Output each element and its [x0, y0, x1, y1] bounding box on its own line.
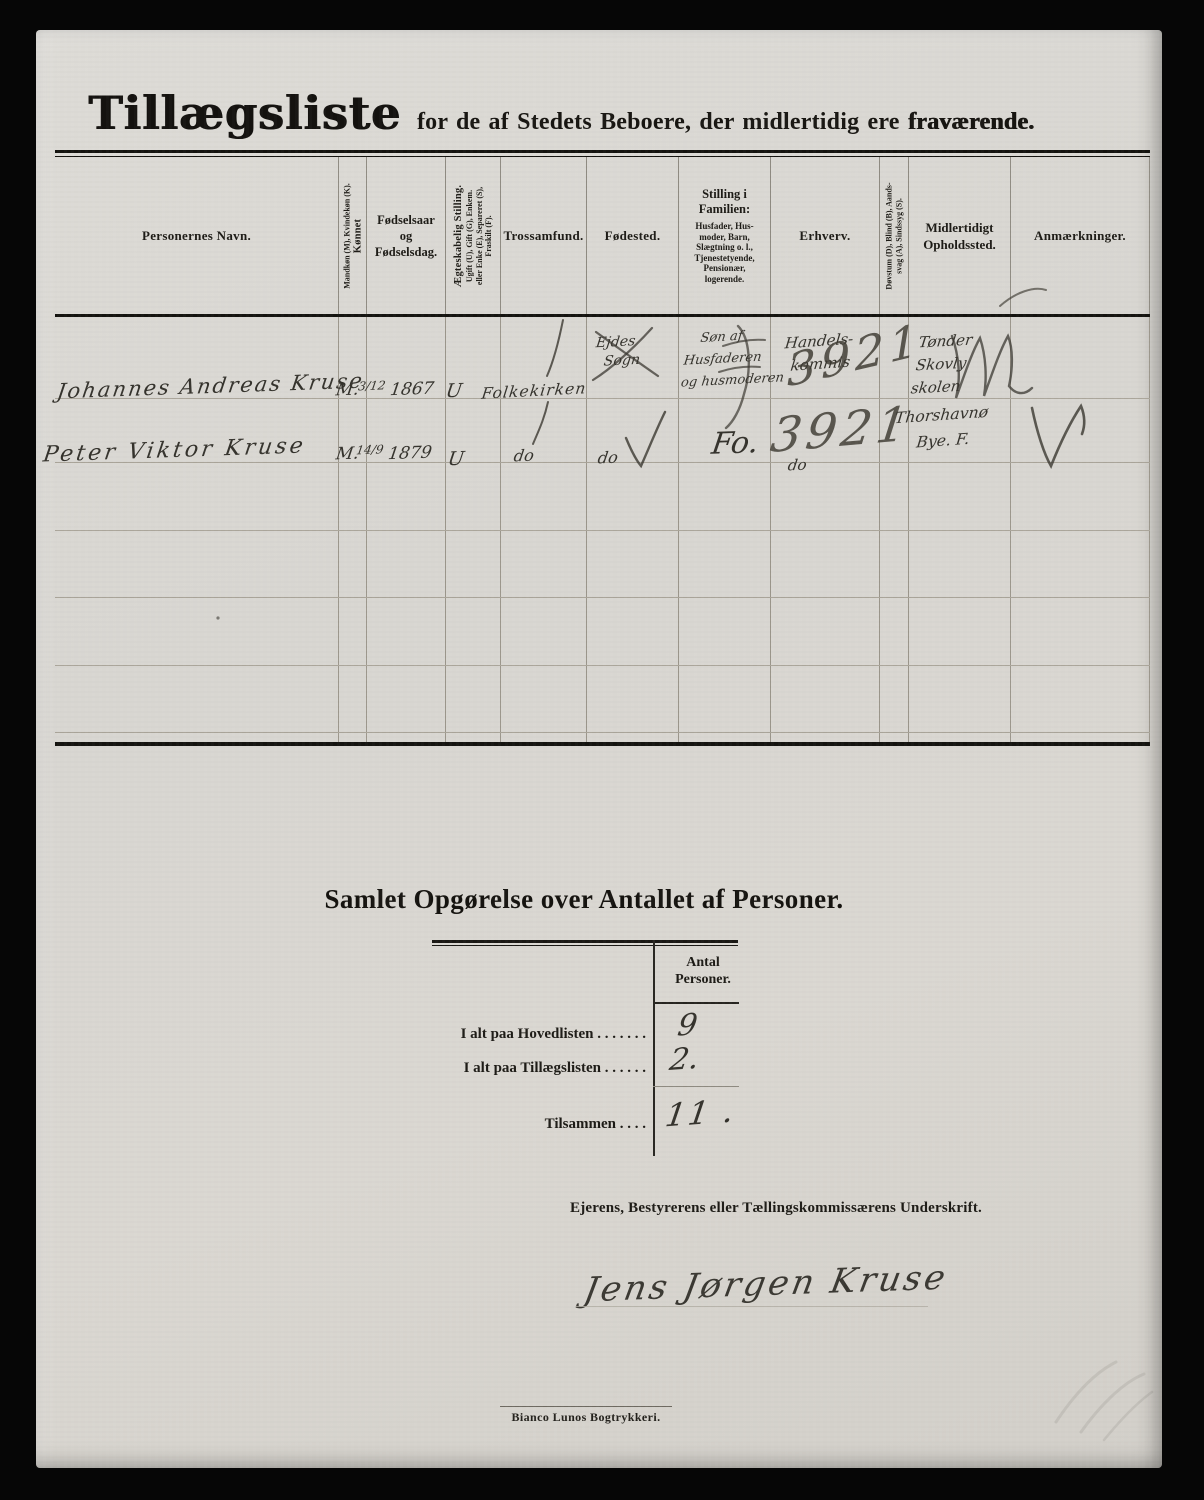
document-header: Tillægsliste for de af Stedets Beboere, … — [88, 86, 1034, 140]
handwritten-family-row1: Søn af Husfaderen og husmoderen — [680, 323, 791, 394]
title-rule-thick — [55, 150, 1150, 153]
column-header-marital-status: Ægteskabelig Stilling. Ugift (U), Gift (… — [445, 157, 500, 314]
column-header-family-position: Stilling i Familien: Husfader, Hus- mode… — [678, 157, 770, 314]
row-line — [55, 530, 1150, 531]
summary-header-underline — [653, 1002, 739, 1004]
pen-stroke-ascender-row1 — [547, 320, 563, 376]
column-header-remarks: Anmærkninger. — [1010, 157, 1150, 314]
census-form-page: Tillægsliste for de af Stedets Beboere, … — [36, 30, 1162, 1468]
column-header-sex: Mandkøn (M), Kvindekøn (K). Kønnet — [338, 157, 366, 314]
pen-stroke-residence-flourish-row2 — [1032, 406, 1084, 466]
column-header-birthdate: Fødselsaar og Fødselsdag. — [366, 157, 445, 314]
summary-total-divider — [653, 1086, 739, 1087]
summary-label-main-list: I alt paa Hovedlisten . . . . . . . — [416, 1026, 646, 1043]
pen-stroke-check-row2 — [626, 412, 665, 466]
header-bottom-rule — [55, 314, 1150, 317]
row-line — [55, 732, 1150, 733]
subtitle-text: for de af Stedets Beboere, der midlertid… — [417, 109, 900, 135]
summary-rule-thin — [432, 945, 738, 946]
summary-title: Samlet Opgørelse over Antallet af Person… — [294, 884, 874, 915]
column-header-name: Personernes Navn. — [55, 157, 338, 314]
signature-underline — [576, 1306, 928, 1307]
subtitle-emphasis: fraværende. — [908, 109, 1034, 135]
summary-label-supplement-list: I alt paa Tillægslisten . . . . . . — [416, 1060, 646, 1077]
summary-value-total: 11 . — [663, 1092, 738, 1135]
handwritten-birthplace-row1: Ejdes Sogn — [592, 332, 643, 372]
row-line — [55, 597, 1150, 598]
handwritten-marital-row1: U — [444, 380, 463, 403]
summary-value-supplement-list: 2. — [667, 1041, 701, 1078]
ghost-writing-2 — [1081, 1374, 1144, 1432]
ink-speck — [216, 616, 219, 619]
handwritten-family-row2: Fo. — [709, 425, 760, 462]
handwritten-birthplace-row2: do — [597, 448, 620, 468]
printer-mark: Bianco Lunos Bogtrykkeri. — [486, 1410, 686, 1425]
handwritten-birthdate-row1: 3/12 1867 — [356, 377, 435, 402]
archive-number-scrawl-row1: 3921 — [786, 313, 924, 398]
sex-main-label: Kønnet — [351, 160, 363, 312]
summary-rule-thick — [432, 940, 738, 943]
row-line — [55, 665, 1150, 666]
handwritten-residence-row1: Tønder Skovly skolen — [912, 329, 974, 401]
column-header-birthplace: Fødested. — [586, 157, 678, 314]
printer-mark-line — [500, 1406, 672, 1407]
column-header-religion: Trossamfund. — [500, 157, 586, 314]
column-header-occupation: Erhverv. — [770, 157, 879, 314]
signature-handwritten: Jens Jørgen Kruse — [551, 1257, 981, 1312]
summary-label-total: Tilsammen . . . . — [456, 1116, 646, 1133]
scan-background: Tillægsliste for de af Stedets Beboere, … — [0, 0, 1204, 1500]
ghost-writing-3 — [1104, 1392, 1152, 1440]
document-title: Tillægsliste — [88, 86, 401, 140]
summary-value-main-list: 9 — [675, 1007, 699, 1043]
summary-vertical-line — [653, 940, 655, 1156]
table-bottom-rule — [55, 742, 1150, 746]
document-subtitle: for de af Stedets Beboere, der midlertid… — [417, 109, 1034, 136]
column-header-temporary-residence: Midlertidigt Opholdssted. — [908, 157, 1010, 314]
handwritten-marital-row2: U — [446, 448, 465, 471]
ghost-writing-1 — [1056, 1362, 1116, 1422]
handwritten-residence-row2: Thorshavnø Bye. F. — [891, 399, 990, 457]
table-header-row: Personernes Navn. Mandkøn (M), Kvindekøn… — [55, 157, 1150, 314]
signature-label: Ejerens, Bestyrerens eller Tællingskommi… — [496, 1200, 1056, 1217]
sex-sub-label: Mandkøn (M), Kvindekøn (K). — [342, 160, 352, 312]
handwritten-religion-row2: do — [513, 446, 536, 466]
handwritten-religion-row1: Folkekirken — [480, 379, 587, 402]
pen-stroke-ascender-row2 — [533, 402, 548, 444]
summary-count-column-header: Antal Personer. — [663, 954, 743, 988]
handwritten-birthdate-row2: 14/9 1879 — [354, 441, 433, 466]
column-header-disability: Døvstum (D), Blind (B), Aands- svag (A),… — [879, 157, 908, 314]
